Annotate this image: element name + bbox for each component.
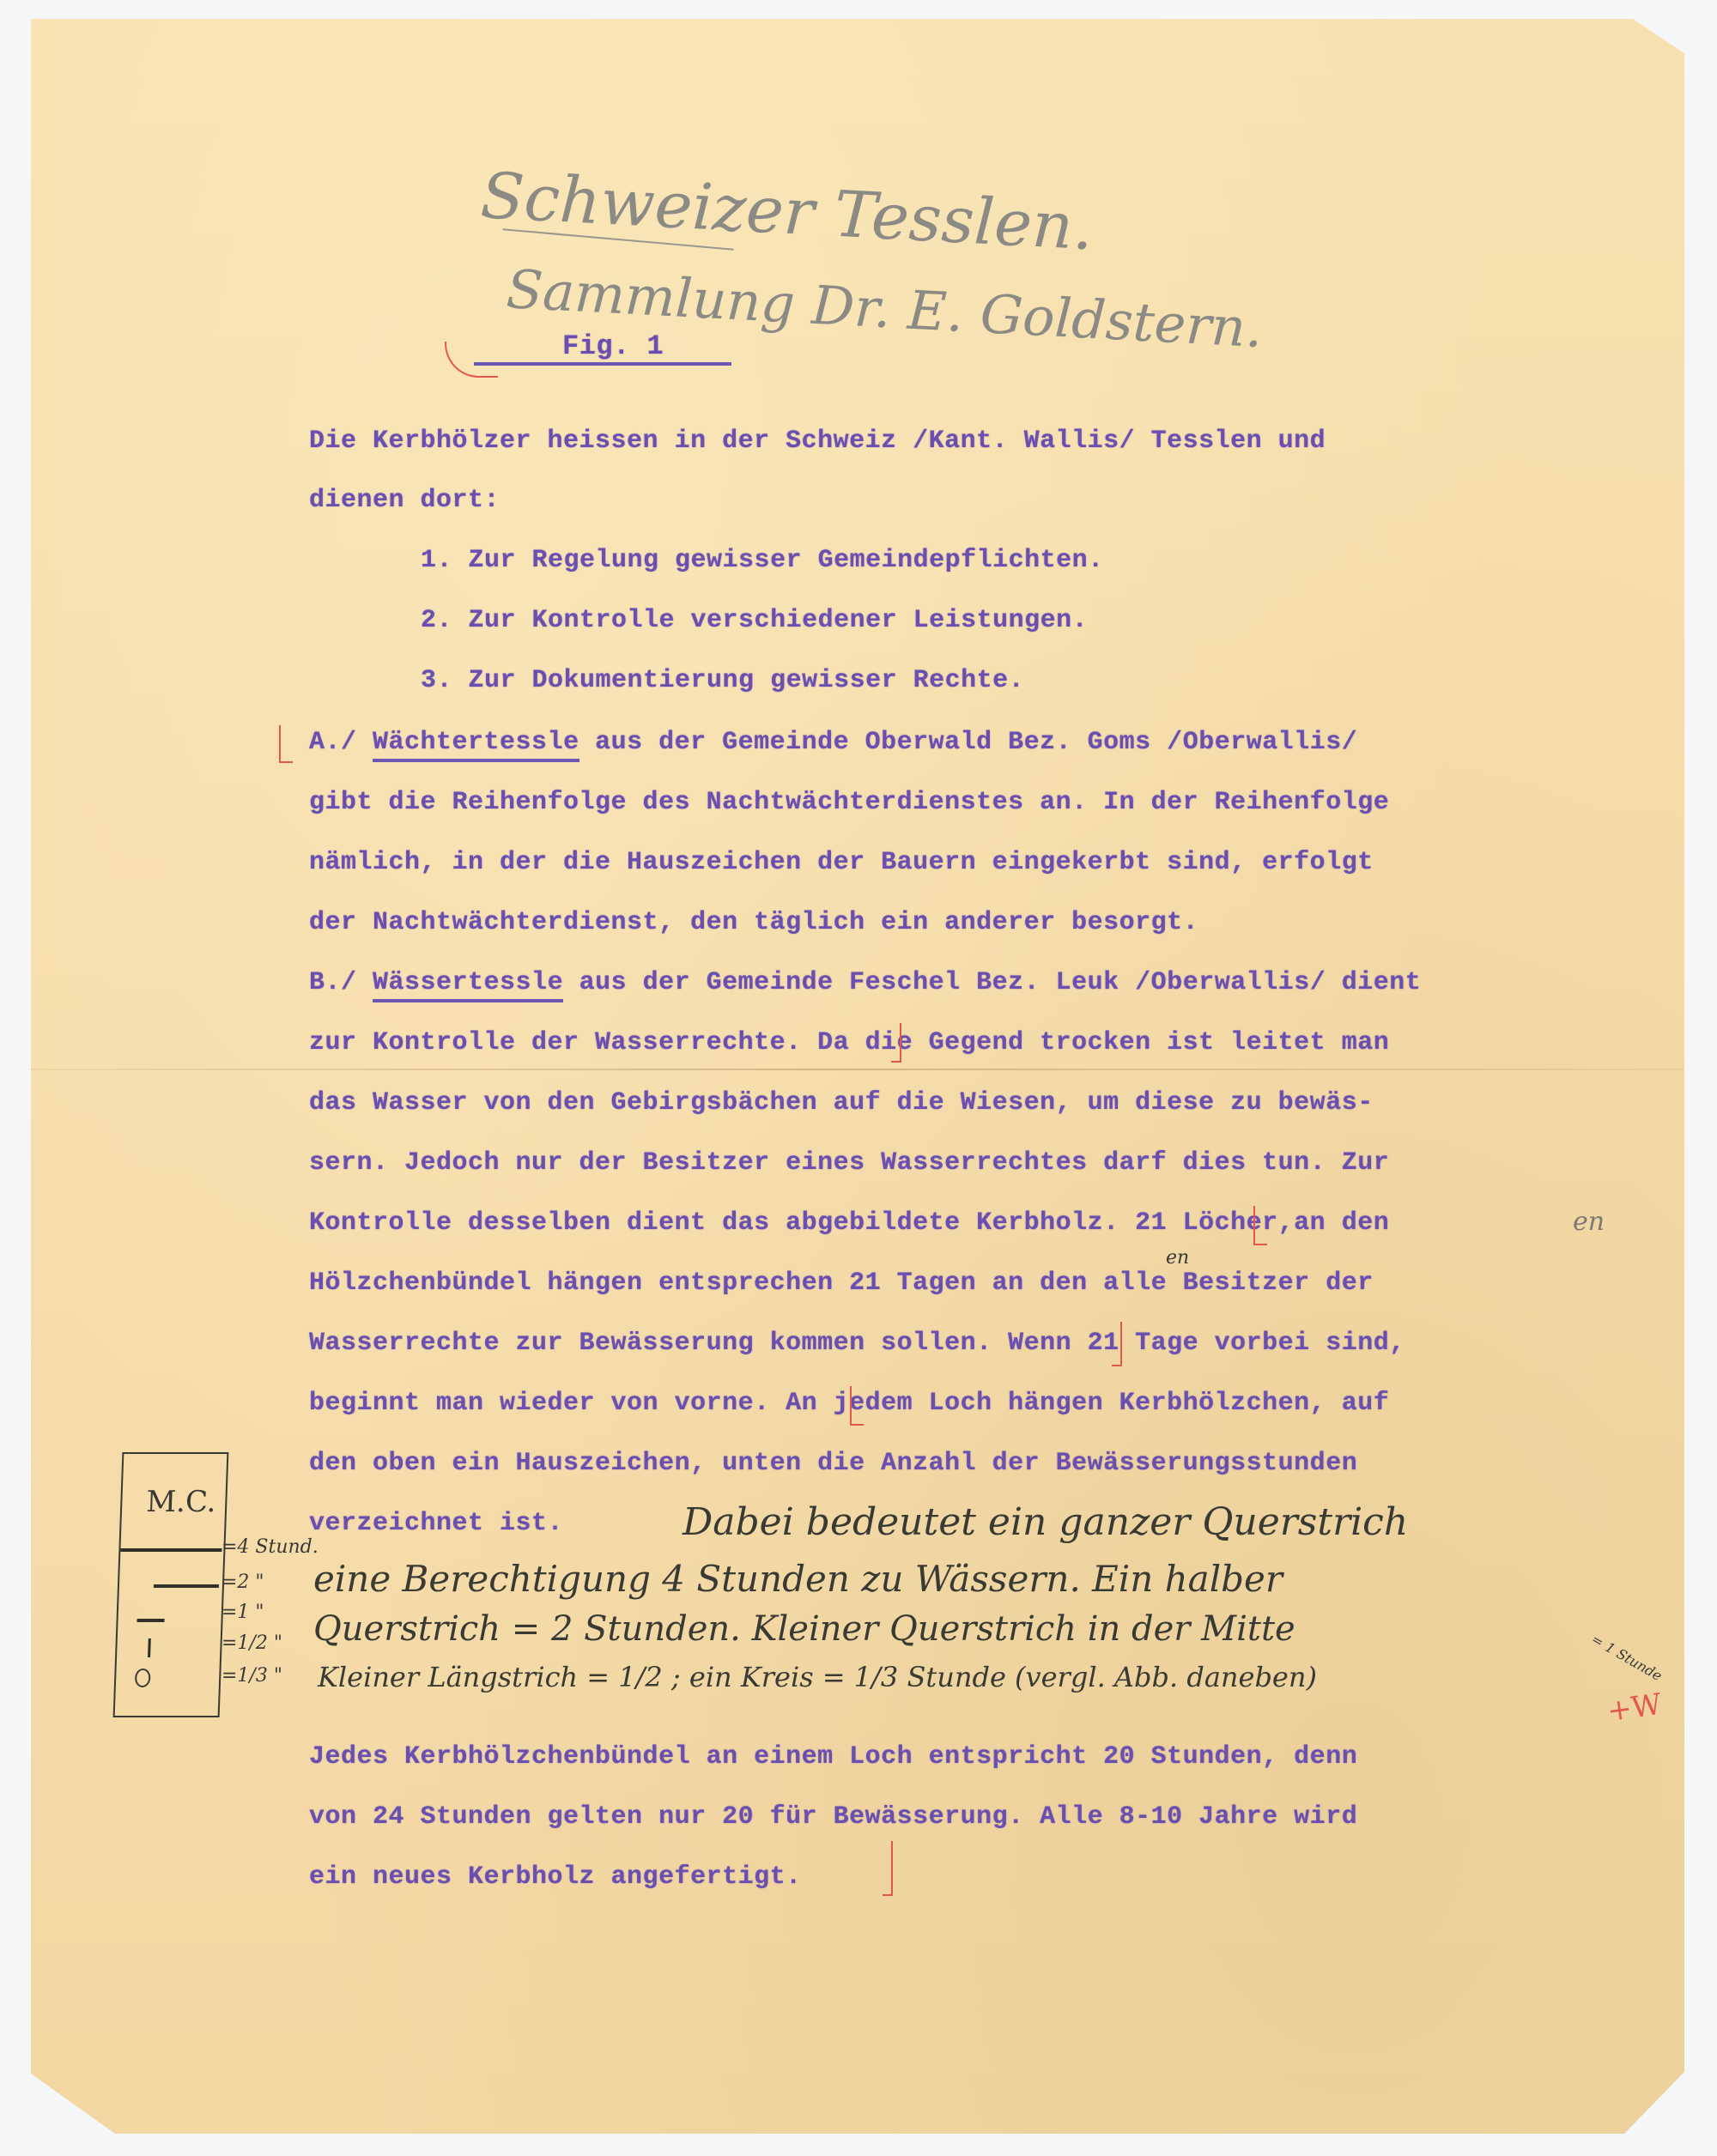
figure-label: Fig. 1 bbox=[562, 330, 664, 362]
section-a-line-3: nämlich, in der die Hauszeichen der Baue… bbox=[309, 848, 1374, 877]
section-b-term: Wässertessle bbox=[373, 968, 563, 1002]
sketch-legend-item: =2 " bbox=[221, 1572, 264, 1593]
sketch-legend-item: =4 Stund. bbox=[221, 1536, 319, 1558]
section-a-line-2: gibt die Reihenfolge des Nachtwächterdie… bbox=[309, 788, 1389, 817]
section-a-prefix: A./ bbox=[309, 728, 357, 757]
intro-line-1: Die Kerbhölzer heissen in der Schweiz /K… bbox=[309, 427, 1326, 456]
section-b-line-1: B./ Wässertessle aus der Gemeinde Fesche… bbox=[309, 968, 1421, 997]
sketch-full-crossline bbox=[120, 1548, 221, 1552]
section-b-line-3: das Wasser von den Gebirgsbächen auf die… bbox=[309, 1088, 1374, 1117]
list-item: 2. Zur Kontrolle verschiedener Leistunge… bbox=[421, 606, 1088, 635]
section-b-line-1-rest: aus der Gemeinde Feschel Bez. Leuk /Ober… bbox=[563, 968, 1421, 997]
sketch-circle bbox=[135, 1668, 151, 1687]
handwritten-insert-line-2: eine Berechtigung 4 Stunden zu Wässern. … bbox=[313, 1558, 1283, 1600]
figure-label-underline bbox=[474, 362, 731, 366]
section-b-prefix: B./ bbox=[309, 968, 357, 997]
closing-line-2: von 24 Stunden gelten nur 20 für Bewässe… bbox=[309, 1802, 1357, 1832]
closing-line-3: ein neues Kerbholz angefertigt. bbox=[309, 1862, 802, 1892]
section-a-line-4: der Nachtwächterdienst, den täglich ein … bbox=[309, 908, 1198, 937]
sketch-small-longline bbox=[148, 1638, 151, 1657]
sketch-legend-item: =1/2 " bbox=[221, 1632, 282, 1654]
paper-fold-crease bbox=[31, 1069, 1684, 1070]
handwritten-insert-line-3: Querstrich = 2 Stunden. Kleiner Querstri… bbox=[313, 1609, 1295, 1649]
section-a-line-1-rest: aus der Gemeinde Oberwald Bez. Goms /Obe… bbox=[579, 728, 1358, 757]
sketch-label: M.C. bbox=[146, 1485, 217, 1519]
sketch-legend-item: =1/3 " bbox=[221, 1665, 282, 1687]
red-correction-mark bbox=[850, 1386, 864, 1426]
handwritten-insert-line-1: Dabei bedeutet ein ganzer Querstrich bbox=[683, 1500, 1408, 1544]
section-b-line-5: Kontrolle desselben dient das abgebildet… bbox=[309, 1208, 1389, 1238]
red-correction-mark bbox=[883, 1841, 893, 1896]
red-correction-mark bbox=[891, 1023, 901, 1063]
section-b-line-10: verzeichnet ist. bbox=[309, 1509, 563, 1538]
section-b-line-7: Wasserrechte zur Bewässerung kommen soll… bbox=[309, 1329, 1405, 1358]
section-b-line-2: zur Kontrolle der Wasserrechte. Da die G… bbox=[309, 1028, 1389, 1057]
handwritten-correction-en: en bbox=[1166, 1247, 1189, 1269]
section-b-line-6: Hölzchenbündel hängen entsprechen 21 Tag… bbox=[309, 1269, 1374, 1298]
sketch-legend-item: =1 " bbox=[221, 1602, 264, 1623]
list-item: 1. Zur Regelung gewisser Gemeindepflicht… bbox=[421, 546, 1104, 575]
tally-stick-sketch: M.C. bbox=[113, 1452, 229, 1717]
section-b-line-4: sern. Jedoch nur der Besitzer eines Wass… bbox=[309, 1148, 1389, 1178]
sketch-small-crossline bbox=[137, 1619, 164, 1622]
list-item: 3. Zur Dokumentierung gewisser Rechte. bbox=[421, 666, 1024, 695]
section-a-term: Wächtertessle bbox=[373, 728, 579, 762]
handwritten-insert-line-4: Kleiner Längstrich = 1/2 ; ein Kreis = 1… bbox=[318, 1661, 1317, 1693]
red-correction-mark bbox=[1112, 1322, 1122, 1366]
section-a-line-1: A./ Wächtertessle aus der Gemeinde Oberw… bbox=[309, 728, 1357, 757]
sketch-half-crossline bbox=[154, 1584, 219, 1588]
closing-line-1: Jedes Kerbhölzchenbündel an einem Loch e… bbox=[309, 1742, 1357, 1771]
red-correction-mark bbox=[1253, 1206, 1267, 1245]
red-correction-mark bbox=[279, 725, 293, 763]
handwritten-correction-en: en bbox=[1573, 1207, 1605, 1237]
section-b-line-9: den oben ein Hauszeichen, unten die Anza… bbox=[309, 1449, 1357, 1478]
intro-line-2: dienen dort: bbox=[309, 486, 500, 515]
